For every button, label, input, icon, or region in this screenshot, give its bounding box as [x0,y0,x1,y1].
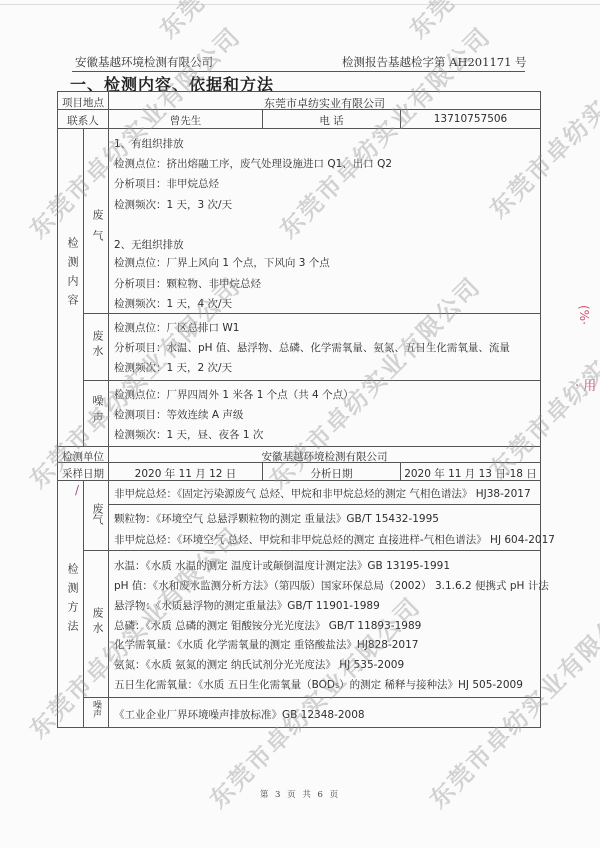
method-line: 化学需氧量：《水质 化学需氧量的测定 重铬酸盐法》HJ828-2017 [114,637,418,652]
methods-waste-gas-label: 废气 [89,503,105,525]
sampling-date-value-cell: 2020 年 11 月 12 日 [108,462,263,481]
pen-mark: / [75,483,79,497]
methods-waste-water-label: 废水 [89,607,105,637]
methods-noise-label-cell: 噪声 [83,697,109,728]
contact-label: 联系人 [58,113,108,128]
methods-waste-gas-row2-cell: 颗粒物：《环境空气 总悬浮颗粒物的测定 重量法》GB/T 15432-1995 … [108,504,541,551]
project-site-value-cell: 东莞市卓纺实业有限公司 [108,91,541,110]
method-line: 氨氮：《水质 氨氮的测定 纳氏试剂分光光度法》 HJ 535-2009 [114,657,404,672]
content-line: 分析项目：颗粒物、非甲烷总烃 [114,276,261,291]
phone-value: 13710757506 [401,113,540,125]
method-line: 《工业企业厂界环境噪声排放标准》GB 12348-2008 [114,707,365,722]
methods-label-cell: 检测方法 [57,480,84,728]
sampling-date-value: 2020 年 11 月 12 日 [109,466,262,481]
methods-noise-label: 噪声 [90,700,103,718]
project-site-label: 项目地点 [58,95,108,110]
content-waste-gas-label-cell: 废气 [83,128,109,314]
header-report-number: 检测报告基越检字第 AH201171 号 [342,54,527,70]
content-line: 检测点位：挤出熔融工序，废气处理设施进口 Q1、出口 Q2 [114,156,392,171]
project-site-label-cell: 项目地点 [57,91,109,110]
content-waste-water-label: 废水 [89,330,105,360]
watermark-text: 东莞市卓纺实业有限公司 [150,0,377,45]
methods-label: 检测方法 [64,563,80,639]
analysis-date-value: 2020 年 11 月 13 日-18 日 [401,466,540,481]
content-noise-cell: 检测点位：厂界四周外 1 米各 1 个点（共 4 个点） 检测项目：等效连续 A… [108,380,541,447]
unit-value-cell: 安徽基越环境检测有限公司 [108,446,541,463]
contact-value: 曾先生 [109,113,262,128]
content-waste-gas-label: 废气 [89,209,105,251]
analysis-date-value-cell: 2020 年 11 月 13 日-18 日 [400,462,541,481]
analysis-date-label-cell: 分析日期 [262,462,401,481]
content-line: 检测频次：1 天，昼、夜各 1 次 [114,427,263,442]
method-line: pH 值：《水和废水监测分析方法》（第四版）国家环保总局（2002） 3.1.6… [114,578,549,593]
methods-waste-gas-row1-cell: 非甲烷总烃：《固定污染源废气 总烃、甲烷和非甲烷总烃的测定 气相色谱法》 HJ3… [108,480,541,505]
phone-label-cell: 电 话 [262,109,401,129]
method-line: 颗粒物：《环境空气 总悬浮颗粒物的测定 重量法》GB/T 15432-1995 [114,511,439,526]
content-line: 检测频次：1 天，3 次/天 [114,197,232,212]
detection-content-label-cell: 检测内容 [57,128,84,447]
content-waste-water-label-cell: 废水 [83,313,109,381]
content-line: 2、无组织排放 [114,237,184,252]
methods-waste-water-label-cell: 废水 [83,550,109,698]
contact-label-cell: 联系人 [57,109,109,129]
analysis-date-label: 分析日期 [263,466,400,481]
methods-noise-cell: 《工业企业厂界环境噪声排放标准》GB 12348-2008 [108,697,541,728]
content-line: 检测点位：厂界四周外 1 米各 1 个点（共 4 个点） [114,387,354,402]
phone-label: 电 话 [263,113,400,128]
method-line: 悬浮物：《水质悬浮物的测定重量法》GB/T 11901-1989 [114,598,380,613]
method-line: 非甲烷总烃：《环境空气 总烃、甲烷和非甲烷总烃的测定 直接进样-气相色谱法》 H… [114,532,555,547]
content-waste-water-cell: 检测点位：厂区总排口 W1 分析项目：水温、pH 值、悬浮物、总磷、化学需氧量、… [108,313,541,381]
content-line: 检测频次：1 天，4 次/天 [114,296,232,311]
method-line: 水温：《水质 水温的测定 温度计或颠倒温度计测定法》GB 13195-1991 [114,558,450,573]
sampling-date-label-cell: 采样日期 [57,462,109,481]
content-line: 分析项目：水温、pH 值、悬浮物、总磷、化学需氧量、氨氮、五日生化需氧量、流量 [114,340,510,355]
unit-label-cell: 检测单位 [57,446,109,463]
seal-stamp-fragment: (%· [578,305,590,325]
methods-waste-water-cell: 水温：《水质 水温的测定 温度计或颠倒温度计测定法》GB 13195-1991 … [108,550,541,698]
seal-stamp-fragment: · 用 [575,375,596,394]
header-company: 安徽基越环境检测有限公司 [75,54,213,70]
content-line: 检测点位：厂界上风向 1 个点，下风向 3 个点 [114,255,330,270]
contact-value-cell: 曾先生 [108,109,263,129]
content-line: 检测频次：1 天，2 次/天 [114,360,232,375]
method-line: 非甲烷总烃：《固定污染源废气 总烃、甲烷和非甲烷总烃的测定 气相色谱法》 HJ3… [114,486,531,501]
sampling-date-label: 采样日期 [58,466,108,481]
methods-waste-gas-label-cell: 废气 [83,480,109,551]
method-line: 五日生化需氧量：《水质 五日生化需氧量（BOD₅）的测定 稀释与接种法》HJ 5… [114,677,523,692]
content-noise-label-cell: 噪声 [83,380,109,447]
page-number: 第 3 页 共 6 页 [0,788,600,800]
content-line: 分析项目：非甲烷总烃 [114,176,219,191]
content-line: 1、有组织排放 [114,136,184,151]
detection-content-label: 检测内容 [64,237,80,313]
content-noise-label: 噪声 [89,395,105,429]
content-line: 检测点位：厂区总排口 W1 [114,320,239,335]
content-line: 检测项目：等效连续 A 声级 [114,407,243,422]
scan-edge-line [0,4,600,5]
content-waste-gas-cell: 1、有组织排放 检测点位：挤出熔融工序，废气处理设施进口 Q1、出口 Q2 分析… [108,128,541,314]
method-line: 总磷：《水质 总磷的测定 钼酸铵分光光度法》 GB/T 11893-1989 [114,618,421,633]
phone-value-cell: 13710757506 [400,109,541,129]
watermark-text: 东莞市卓纺实业有限公司 [400,0,600,45]
